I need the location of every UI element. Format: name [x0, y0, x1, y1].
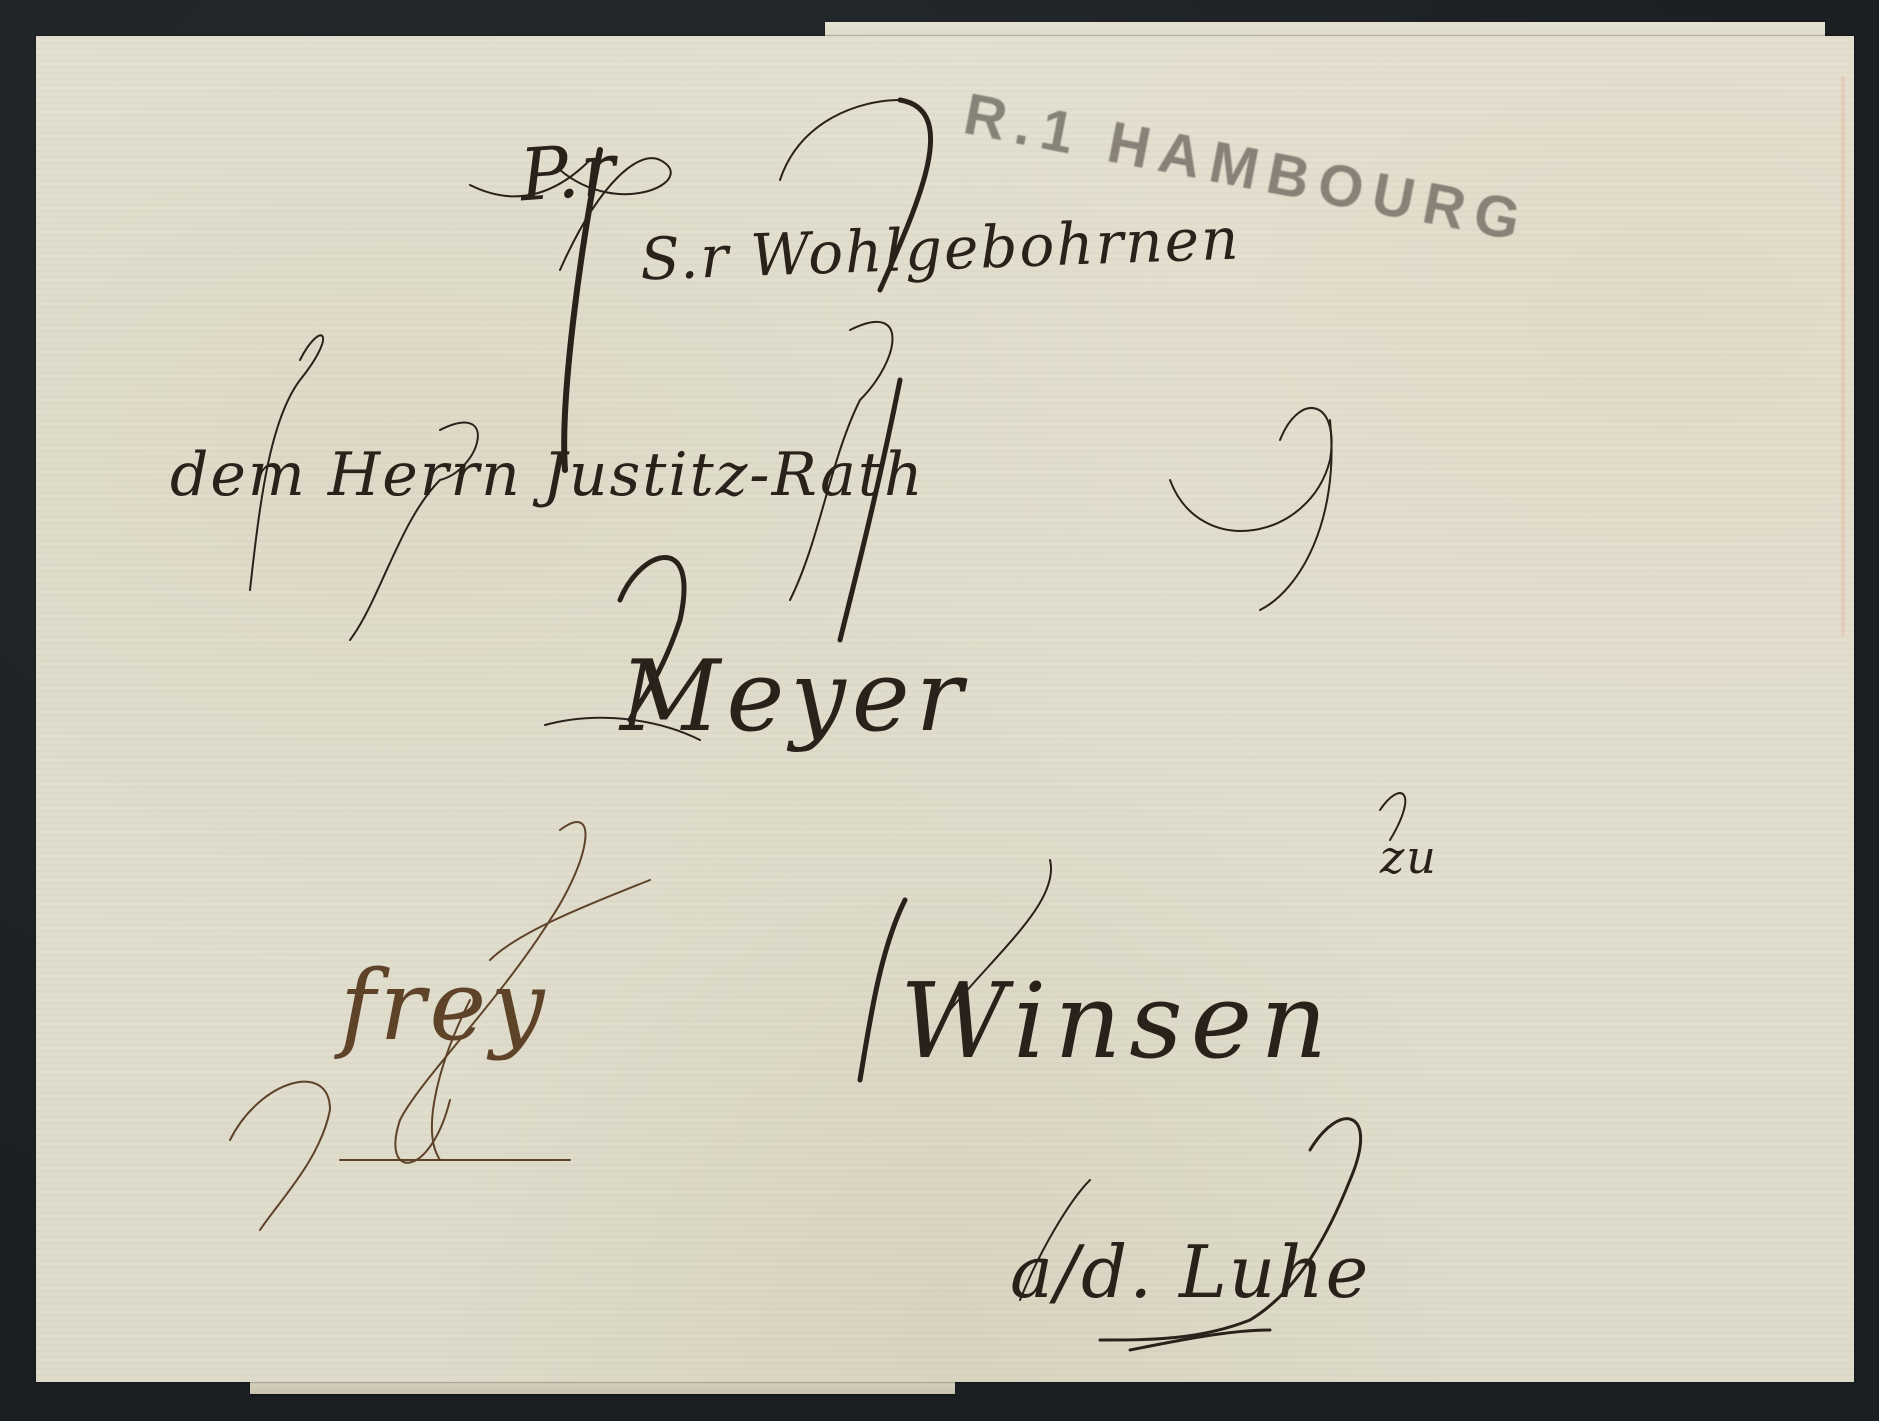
address-line-town: Winsen: [900, 960, 1335, 1082]
franking-note: frey: [340, 950, 548, 1062]
address-line-preposition: zu: [1380, 830, 1438, 884]
address-line-river: a/d. Luhe: [1010, 1230, 1370, 1314]
address-line-title: dem Herrn Justitz-Rath: [170, 440, 925, 510]
address-line-name: Meyer: [620, 640, 969, 754]
address-line-prefix: P.r: [517, 127, 620, 218]
